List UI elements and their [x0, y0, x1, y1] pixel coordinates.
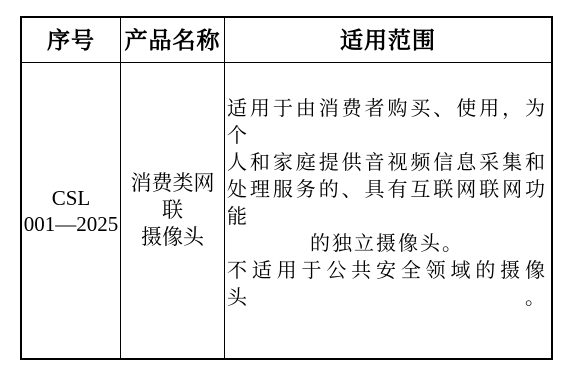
header-serial-number: 序号	[22, 18, 121, 63]
cell-applicable-scope: 适用于由消费者购买、使用，为个 人和家庭提供音视频信息采集和 处理服务的、具有互…	[225, 63, 551, 358]
scope-text-line-2: 人和家庭提供音视频信息采集和	[227, 150, 547, 177]
product-name-line-1: 消费类网联	[121, 170, 224, 224]
scope-text-line-3: 处理服务的、具有互联网联网功能	[227, 177, 547, 231]
scope-text-line-4: 的独立摄像头。	[227, 231, 547, 258]
scope-text-line-5: 不适用于公共安全领域的摄像头。	[227, 258, 547, 312]
cell-serial-number: CSL 001—2025	[22, 63, 121, 358]
serial-number-line-1: CSL	[52, 185, 91, 211]
header-applicable-scope: 适用范围	[225, 18, 551, 63]
product-name-line-2: 摄像头	[141, 224, 204, 251]
product-scope-table: 序号 产品名称 适用范围 CSL 001—2025 消费类网联 摄像头 适用于由…	[20, 16, 553, 360]
document-page: 序号 产品名称 适用范围 CSL 001—2025 消费类网联 摄像头 适用于由…	[0, 0, 567, 380]
cell-product-name: 消费类网联 摄像头	[121, 63, 225, 358]
header-product-name: 产品名称	[121, 18, 225, 63]
scope-text-line-1: 适用于由消费者购买、使用，为个	[227, 96, 547, 150]
serial-number-line-2: 001—2025	[24, 211, 119, 237]
